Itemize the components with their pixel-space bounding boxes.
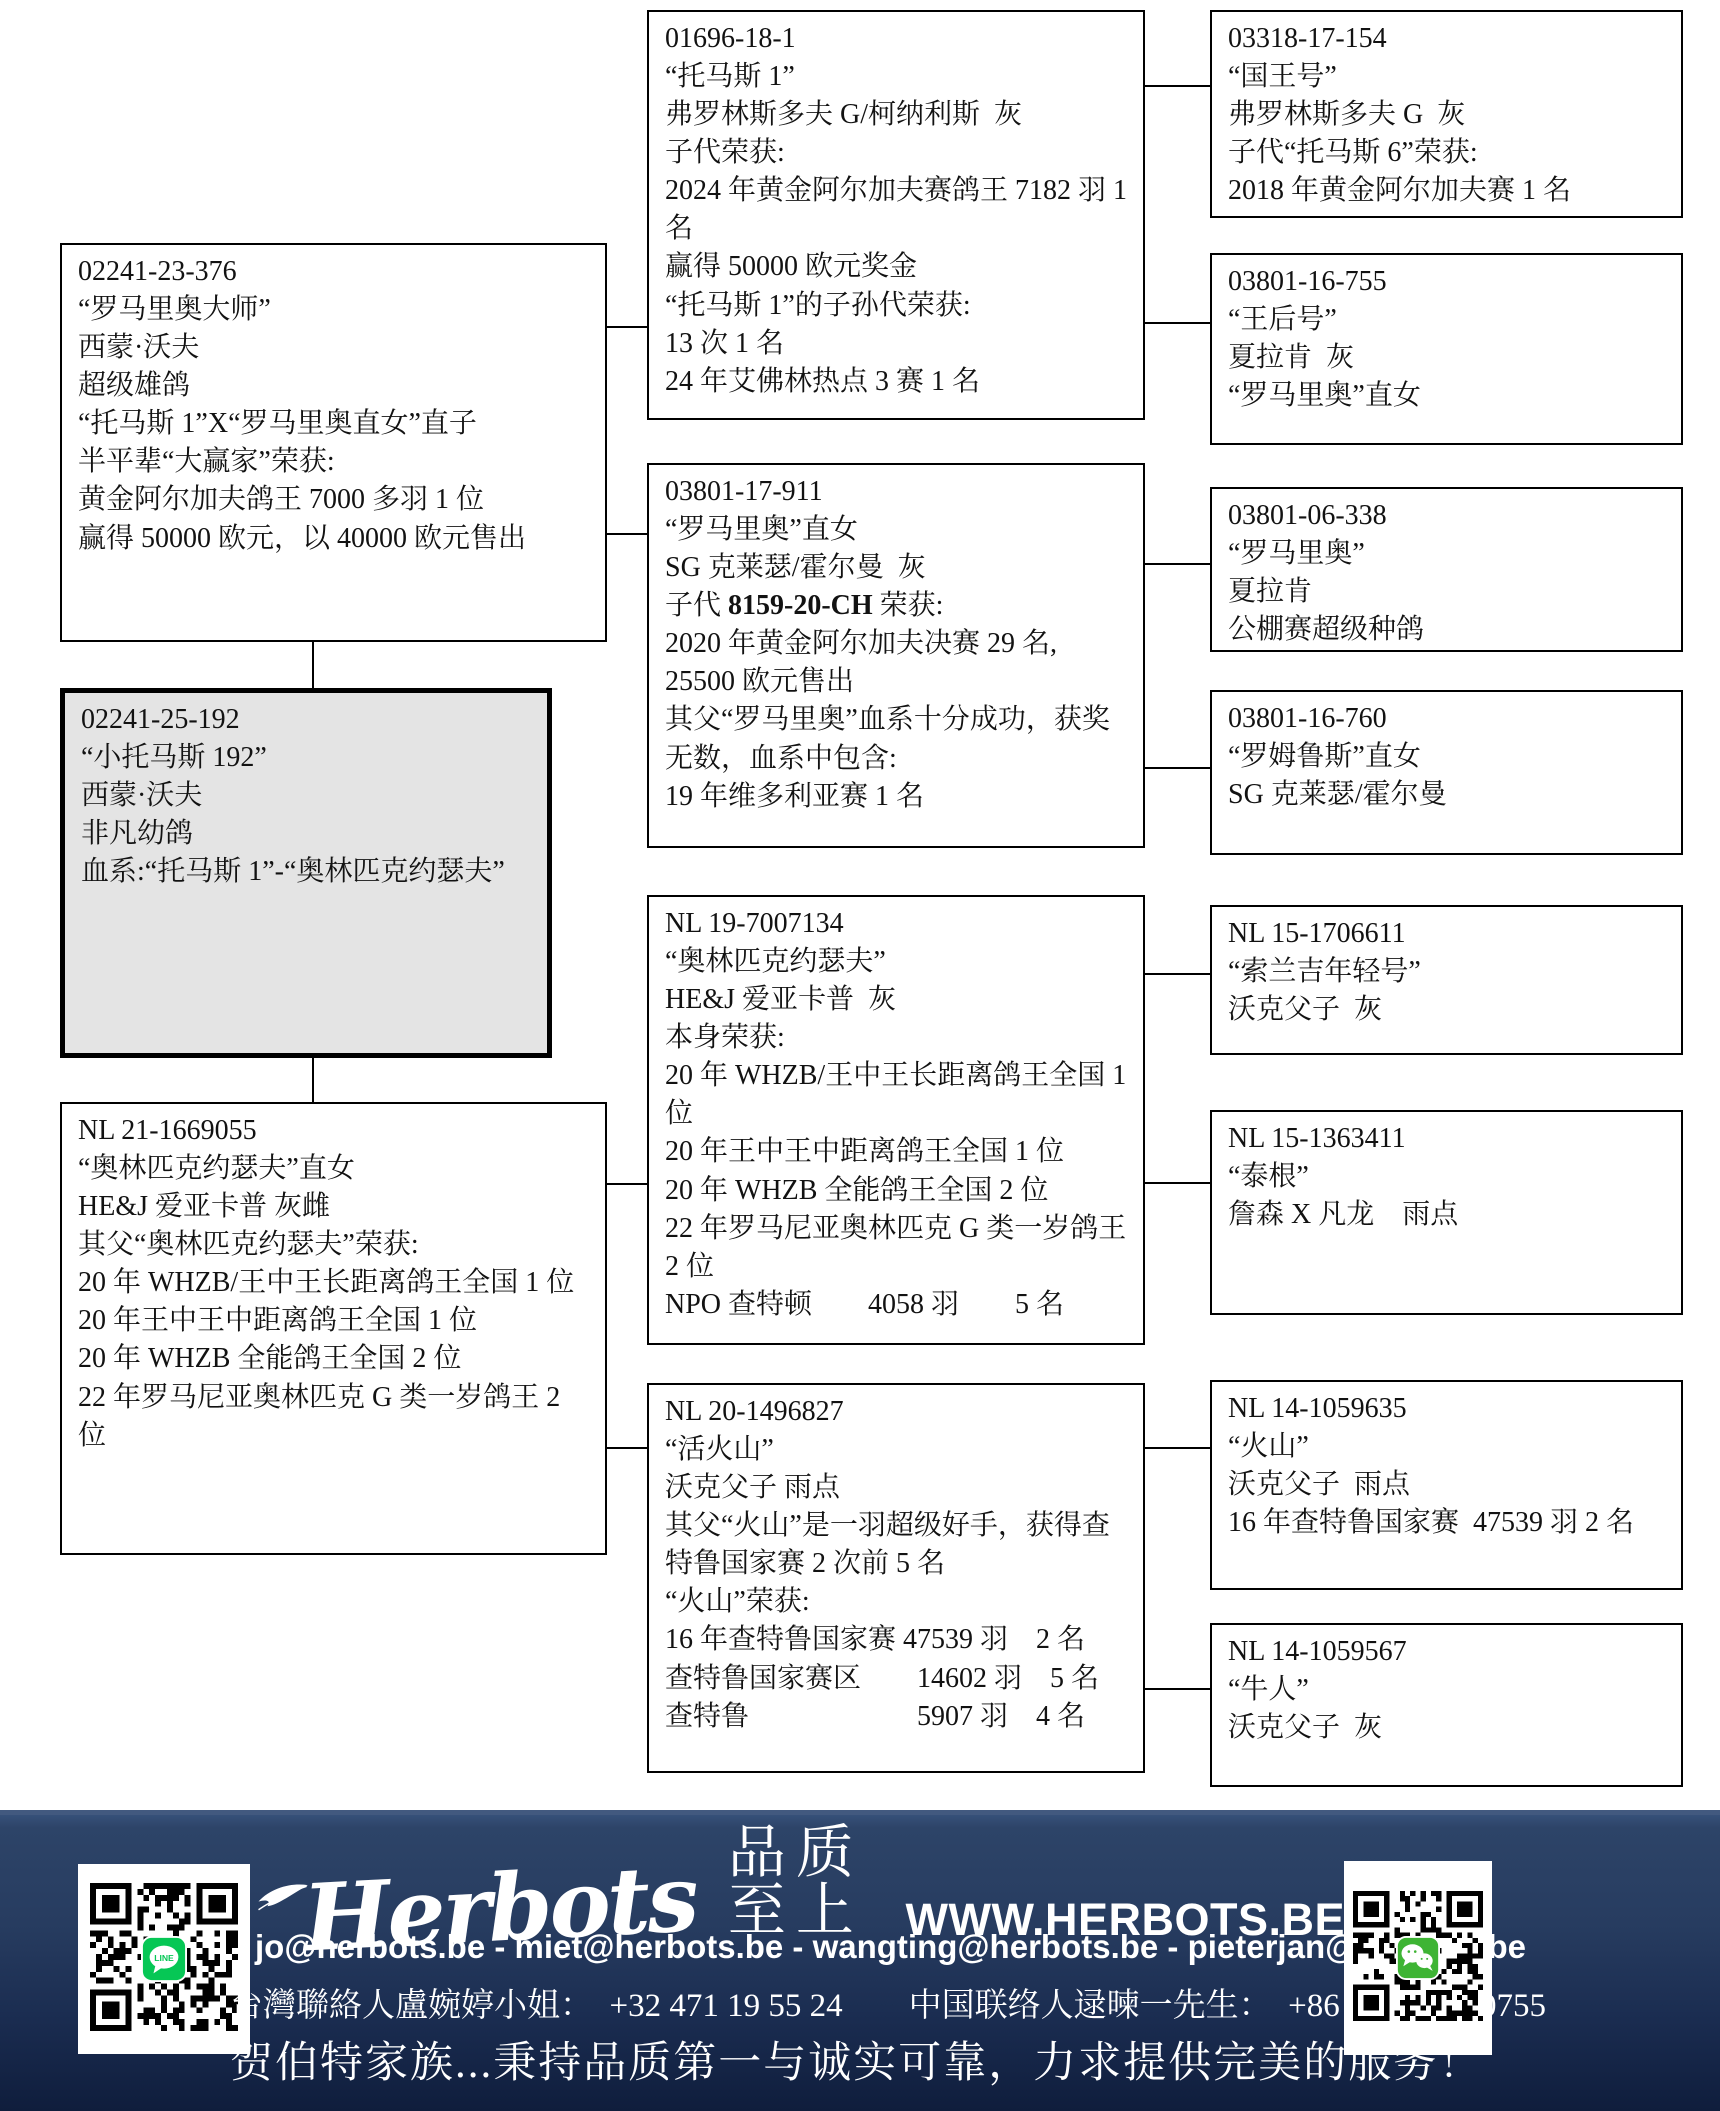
pedigree-text-line: 半平辈“大赢家”荣获:: [78, 443, 593, 481]
pedigree-box-dam-dam: NL 20-1496827“活火山”沃克父子 雨点其父“火山”是一羽超级好手，获…: [647, 1383, 1145, 1773]
pedigree-text-line: 2018 年黄金阿尔加夫赛 1 名: [1228, 172, 1669, 210]
pedigree-box-sire-sire: 01696-18-1“托马斯 1”弗罗林斯多夫 G/柯纳利斯 灰子代荣获:202…: [647, 10, 1145, 420]
pedigree-connector-horizontal: [1145, 1182, 1210, 1184]
pedigree-connector-horizontal: [1145, 85, 1210, 87]
pedigree-box-sire-dam: 03801-17-911“罗马里奥”直女SG 克莱瑟/霍尔曼 灰子代 8159-…: [647, 463, 1145, 848]
pedigree-text-line: 黄金阿尔加夫鸽王 7000 多羽 1 位: [78, 481, 593, 519]
pedigree-text-line: 非凡幼鸽: [81, 815, 535, 853]
pedigree-text-line: “小托马斯 192”: [81, 739, 535, 777]
pedigree-page: 02241-23-376“罗马里奥大师”西蒙·沃夫超级雄鸽“托马斯 1”X“罗马…: [0, 0, 1720, 2111]
pedigree-text-line: “托马斯 1”X“罗马里奥直女”直子: [78, 405, 593, 443]
pedigree-text-line: 其父“火山”是一羽超级好手，获得查特鲁国家赛 2 次前 5 名: [665, 1507, 1131, 1583]
pedigree-text-line: HE&J 爱亚卡普 灰雌: [78, 1188, 593, 1226]
pedigree-text-line: 沃克父子 灰: [1228, 1709, 1669, 1747]
pedigree-box-dam-dam-dam: NL 14-1059567“牛人”沃克父子 灰: [1210, 1623, 1683, 1787]
pedigree-text-line: 西蒙·沃夫: [78, 329, 593, 367]
pedigree-connector-horizontal: [607, 533, 647, 535]
pedigree-box-dam-sire-dam: NL 15-1363411“泰根”詹森 X 凡龙 雨点: [1210, 1110, 1683, 1315]
line-qr-code: LINE: [78, 1864, 250, 2054]
pedigree-text-line: “奥林匹克约瑟夫”: [665, 943, 1131, 981]
pedigree-text-line: 公棚赛超级种鸽: [1228, 611, 1669, 649]
pedigree-text-line: NL 14-1059567: [1228, 1633, 1669, 1671]
pedigree-text-line: 20 年 WHZB/王中王长距离鸽王全国 1 位: [78, 1264, 593, 1302]
pedigree-text-line: 西蒙·沃夫: [81, 777, 535, 815]
pedigree-text-line: NPO 查特顿 4058 羽 5 名: [665, 1286, 1131, 1324]
pedigree-box-sire-dam-dam: 03801-16-760“罗姆鲁斯”直女SG 克莱瑟/霍尔曼: [1210, 690, 1683, 855]
pedigree-text-line: 16 年查特鲁国家赛 47539 羽 2 名: [665, 1621, 1131, 1659]
pedigree-connector-horizontal: [1145, 1688, 1210, 1690]
pedigree-box-sire-dam-sire: 03801-06-338“罗马里奥”夏拉肯公棚赛超级种鸽: [1210, 487, 1683, 652]
pedigree-text-line: “火山”荣获:: [665, 1583, 1131, 1621]
pedigree-text-line: 其父“奥林匹克约瑟夫”荣获:: [78, 1226, 593, 1264]
line-icon: LINE: [141, 1936, 187, 1982]
pedigree-text-line: 20 年王中王中距离鸽王全国 1 位: [78, 1302, 593, 1340]
pedigree-text-line: “活火山”: [665, 1431, 1131, 1469]
pedigree-text-line: 查特鲁国家赛区 14602 羽 5 名: [665, 1660, 1131, 1698]
pedigree-text-line: NL 15-1706611: [1228, 915, 1669, 953]
pedigree-text-line: NL 15-1363411: [1228, 1120, 1669, 1158]
wechat-qr-code: [1344, 1861, 1492, 2055]
wechat-icon: [1396, 1936, 1440, 1980]
pedigree-text-line: 22 年罗马尼亚奥林匹克 G 类一岁鸽王 2 位: [665, 1210, 1131, 1286]
pedigree-text-line: “国王号”: [1228, 58, 1669, 96]
pedigree-connector-horizontal: [1145, 322, 1210, 324]
pedigree-text-line: SG 克莱瑟/霍尔曼 灰: [665, 549, 1131, 587]
pedigree-box-sire-sire-dam: 03801-16-755“王后号”夏拉肯 灰“罗马里奥”直女: [1210, 253, 1683, 445]
pedigree-text-line: “罗马里奥”直女: [665, 511, 1131, 549]
pedigree-text-line: “罗马里奥大师”: [78, 291, 593, 329]
pedigree-text-line: “火山”: [1228, 1428, 1669, 1466]
pedigree-text-line: “索兰吉年轻号”: [1228, 953, 1669, 991]
pedigree-connector-horizontal: [607, 1447, 647, 1449]
pedigree-text-line: 02241-25-192: [81, 701, 535, 739]
pedigree-text-line: 詹森 X 凡龙 雨点: [1228, 1196, 1669, 1234]
pedigree-text-line: 2024 年黄金阿尔加夫赛鸽王 7182 羽 1 名: [665, 172, 1131, 248]
footer-slogan: 贺伯特家族...秉持品质第一与诚实可靠，力求提供完美的服务！: [230, 2029, 1370, 2090]
pedigree-text-line: 24 年艾佛林热点 3 赛 1 名: [665, 363, 1131, 401]
pedigree-text-line: NL 14-1059635: [1228, 1390, 1669, 1428]
pedigree-connector-horizontal: [607, 326, 647, 328]
pedigree-text-line: 子代荣获:: [665, 134, 1131, 172]
footer-banner: LINE Herbots 品质至上 WWW.HERBOTS.BE jo@herb…: [0, 1810, 1720, 2111]
pedigree-connector-horizontal: [1145, 767, 1210, 769]
pedigree-connector-vertical: [312, 1058, 314, 1102]
pedigree-text-line: 弗罗林斯多夫 G 灰: [1228, 96, 1669, 134]
pedigree-text-line: 弗罗林斯多夫 G/柯纳利斯 灰: [665, 96, 1131, 134]
pedigree-connector-horizontal: [1145, 973, 1210, 975]
pedigree-text-line: 03801-17-911: [665, 473, 1131, 511]
pedigree-text-line: “奥林匹克约瑟夫”直女: [78, 1150, 593, 1188]
pedigree-text-line: NL 19-7007134: [665, 905, 1131, 943]
pedigree-box-dam-sire: NL 19-7007134“奥林匹克约瑟夫”HE&J 爱亚卡普 灰本身荣获:20…: [647, 895, 1145, 1345]
pedigree-text-line: 22 年罗马尼亚奥林匹克 G 类一岁鸽王 2 位: [78, 1379, 593, 1455]
pedigree-text-line: 01696-18-1: [665, 20, 1131, 58]
footer-top-rule: [0, 1810, 1720, 1815]
pedigree-box-dam-dam-sire: NL 14-1059635“火山”沃克父子 雨点16 年查特鲁国家赛 47539…: [1210, 1380, 1683, 1590]
pedigree-text-line: 19 年维多利亚赛 1 名: [665, 778, 1131, 816]
pedigree-text-line: “罗马里奥”直女: [1228, 377, 1669, 415]
pedigree-text-line: 2020 年黄金阿尔加夫决赛 29 名, 25500 欧元售出: [665, 625, 1131, 701]
pedigree-text-line: HE&J 爱亚卡普 灰: [665, 981, 1131, 1019]
pedigree-text-line: 超级雄鸽: [78, 367, 593, 405]
pedigree-text-line: 查特鲁 5907 羽 4 名: [665, 1698, 1131, 1736]
pedigree-box-sire-sire-sire: 03318-17-154“国王号”弗罗林斯多夫 G 灰子代“托马斯 6”荣获:2…: [1210, 10, 1683, 218]
footer-contacts: 台灣聯絡人盧婉婷小姐： +32 471 19 55 24 中国联络人逯暕一先生：…: [230, 1979, 1370, 2026]
pedigree-box-sire: 02241-23-376“罗马里奥大师”西蒙·沃夫超级雄鸽“托马斯 1”X“罗马…: [60, 243, 607, 642]
pedigree-connector-horizontal: [1145, 563, 1210, 565]
pedigree-text-line: “王后号”: [1228, 301, 1669, 339]
pedigree-text-line: NL 20-1496827: [665, 1393, 1131, 1431]
pedigree-connector-horizontal: [607, 1183, 647, 1185]
pedigree-text-line: SG 克莱瑟/霍尔曼: [1228, 776, 1669, 814]
pedigree-text-line: 沃克父子 雨点: [665, 1469, 1131, 1507]
pedigree-text-line: “牛人”: [1228, 1671, 1669, 1709]
pedigree-text-line: NL 21-1669055: [78, 1112, 593, 1150]
pedigree-text-line: “罗姆鲁斯”直女: [1228, 738, 1669, 776]
pedigree-text-line: 本身荣获:: [665, 1019, 1131, 1057]
pedigree-text-line: 20 年 WHZB 全能鸽王全国 2 位: [78, 1340, 593, 1378]
svg-text:LINE: LINE: [154, 1953, 174, 1963]
pedigree-text-line: 沃克父子 灰: [1228, 991, 1669, 1029]
pedigree-text-line: 夏拉肯 灰: [1228, 339, 1669, 377]
pedigree-text-line: 子代“托马斯 6”荣获:: [1228, 134, 1669, 172]
pedigree-text-line: “罗马里奥”: [1228, 535, 1669, 573]
pedigree-box-dam-sire-sire: NL 15-1706611“索兰吉年轻号”沃克父子 灰: [1210, 905, 1683, 1055]
pedigree-text-line: 子代 8159-20-CH 荣获:: [665, 587, 1131, 625]
pedigree-text-line: 20 年王中王中距离鸽王全国 1 位: [665, 1133, 1131, 1171]
pedigree-text-line: 赢得 50000 欧元奖金: [665, 248, 1131, 286]
pedigree-text-line: 血系:“托马斯 1”-“奥林匹克约瑟夫”: [81, 853, 535, 891]
pedigree-text-line: 02241-23-376: [78, 253, 593, 291]
pedigree-text-line: “泰根”: [1228, 1158, 1669, 1196]
pedigree-text-line: 沃克父子 雨点: [1228, 1466, 1669, 1504]
pedigree-connector-horizontal: [1145, 1447, 1210, 1449]
pedigree-text-line: 03318-17-154: [1228, 20, 1669, 58]
pedigree-text-line: 03801-16-760: [1228, 700, 1669, 738]
footer-emails: jo@herbots.be - miet@herbots.be - wangti…: [255, 1928, 1345, 1966]
pedigree-text-line: 13 次 1 名: [665, 325, 1131, 363]
pedigree-box-subject: 02241-25-192“小托马斯 192”西蒙·沃夫非凡幼鸽血系:“托马斯 1…: [60, 688, 552, 1058]
pedigree-text-line: 16 年查特鲁国家赛 47539 羽 2 名: [1228, 1504, 1669, 1542]
pedigree-text-line: 03801-16-755: [1228, 263, 1669, 301]
pedigree-text-line: 其父“罗马里奥”血系十分成功，获奖无数，血系中包含:: [665, 701, 1131, 777]
pedigree-text-line: 赢得 50000 欧元，以 40000 欧元售出: [78, 520, 593, 558]
pedigree-text-line: 03801-06-338: [1228, 497, 1669, 535]
pedigree-connector-vertical: [312, 642, 314, 688]
pedigree-text-line: 20 年 WHZB/王中王长距离鸽王全国 1 位: [665, 1057, 1131, 1133]
pedigree-text-line: “托马斯 1”: [665, 58, 1131, 96]
pedigree-text-line: “托马斯 1”的子孙代荣获:: [665, 287, 1131, 325]
pedigree-box-dam: NL 21-1669055“奥林匹克约瑟夫”直女HE&J 爱亚卡普 灰雌其父“奥…: [60, 1102, 607, 1555]
pedigree-text-line: 夏拉肯: [1228, 573, 1669, 611]
pedigree-text-line: 20 年 WHZB 全能鸽王全国 2 位: [665, 1172, 1131, 1210]
